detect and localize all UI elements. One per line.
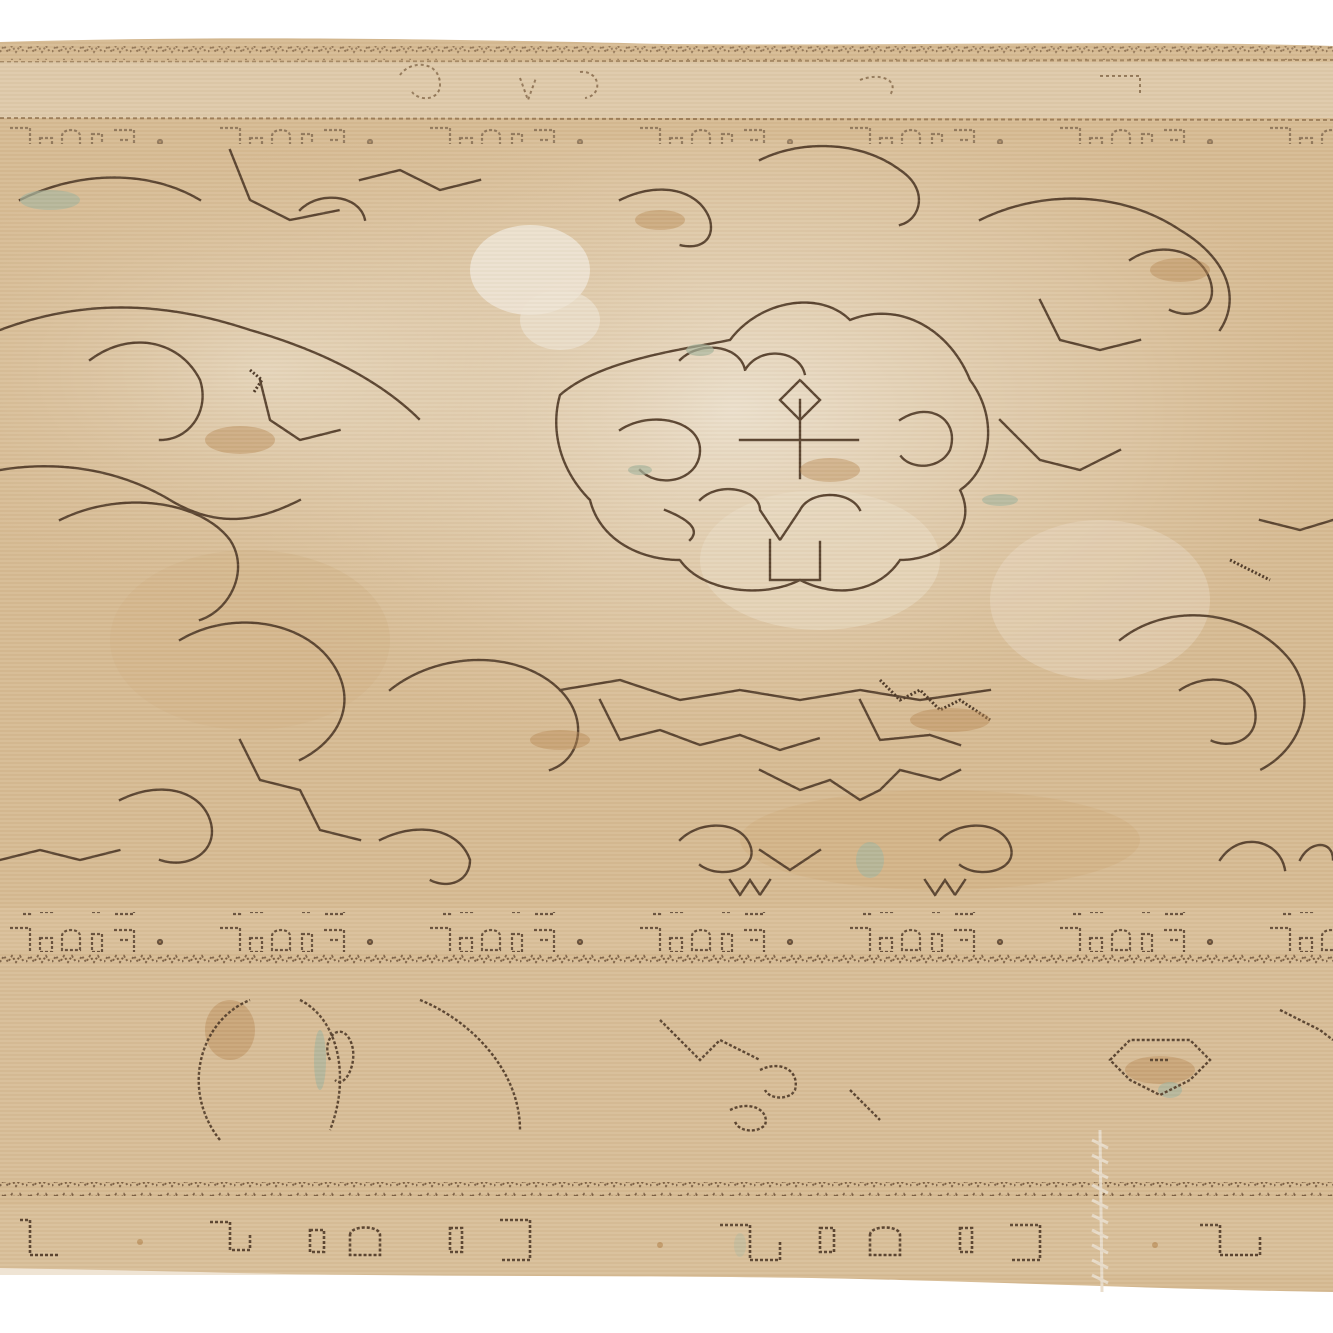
rug-photograph: Vintage distressed wool area rug, faded … [0,0,1333,1333]
rug-illustration [0,0,1333,1333]
weave-texture [0,0,1333,1333]
